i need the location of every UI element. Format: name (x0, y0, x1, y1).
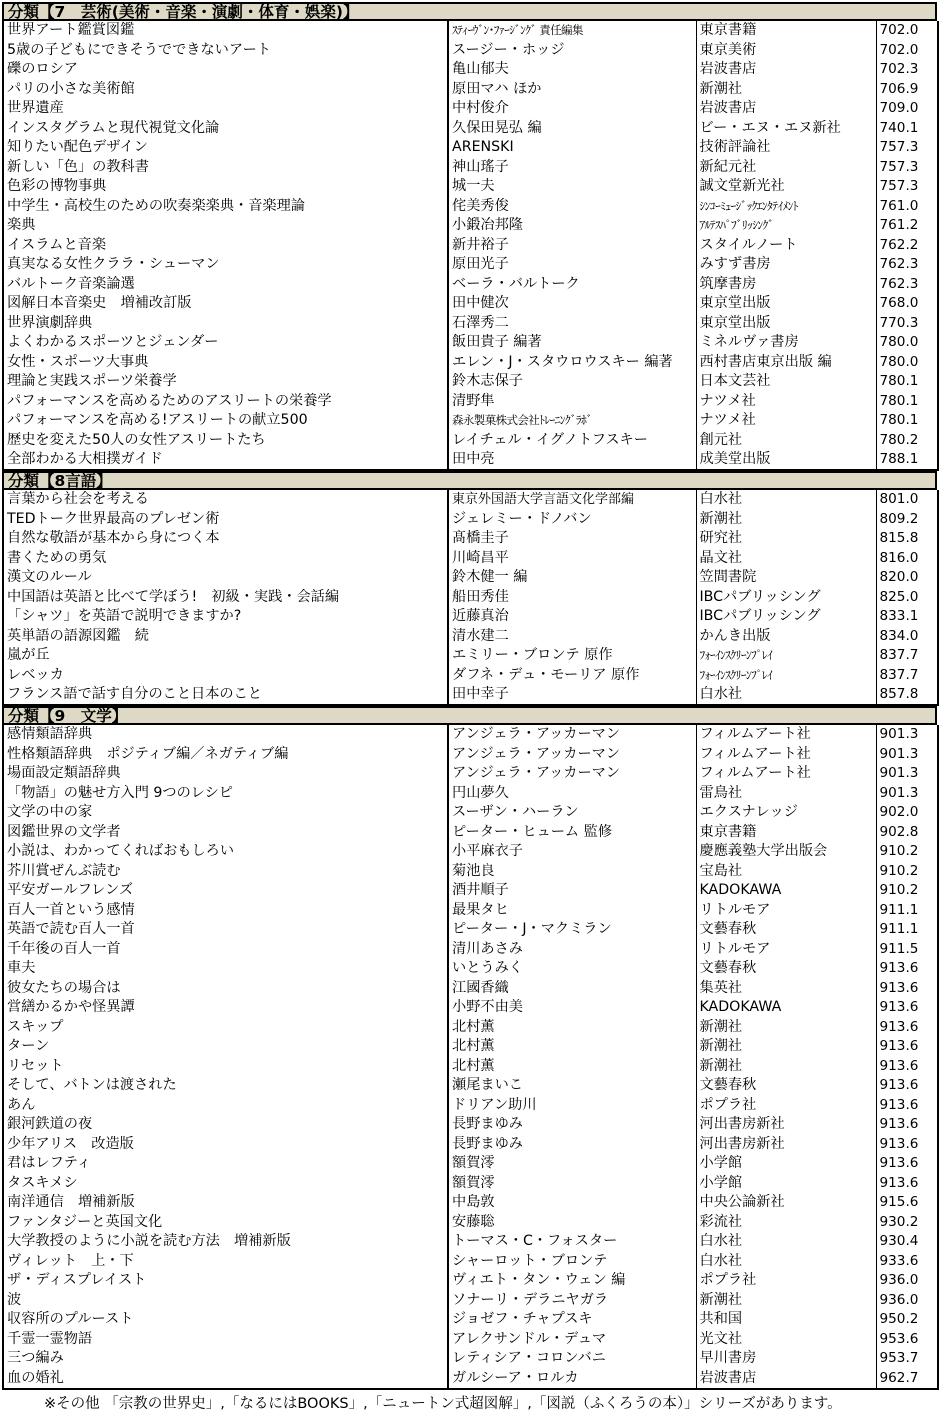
table-row: 女性・スポーツ大事典エレン・J・スタウロウスキー 編著西村書店東京出版 編780… (3, 353, 938, 373)
book-title-cell: 中国語は英語と比べて学ぼう! 初級・実践・会話編 (3, 588, 448, 608)
publisher-cell: ﾌｫｰｲﾝｽｸﾘｰﾝﾌﾟﾚｲ (696, 646, 876, 666)
table-row: 平安ガールフレンズ酒井順子KADOKAWA910.2 (3, 881, 938, 901)
table-row: 楽典小鍛冶邦隆ｱﾙﾃｽﾊﾟﾌﾞﾘｯｼﾝｸﾞ761.2 (3, 216, 938, 236)
author-cell: 小鍛冶邦隆 (448, 216, 696, 236)
table-row: 自然な敬語が基本から身につく本髙橋圭子研究社815.8 (3, 529, 938, 549)
publisher-cell: 日本文芸社 (696, 372, 876, 392)
author-cell: ジェレミー・ドノバン (448, 510, 696, 530)
book-title-cell: 収容所のプルースト (3, 1310, 448, 1330)
ndc-number-cell: 936.0 (876, 1271, 938, 1291)
author-cell: 額賀澪 (448, 1174, 696, 1194)
author-cell: ダフネ・デュ・モーリア 原作 (448, 666, 696, 686)
author-cell: アンジェラ・アッカーマン (448, 764, 696, 784)
table-row: よくわかるスポーツとジェンダー飯田貴子 編著ミネルヴァ書房780.0 (3, 333, 938, 353)
table-row: 歴史を変えた50人の女性アスリートたちレイチェル・イグノトフスキー創元社780.… (3, 431, 938, 451)
table-row: 車夫いとうみく文藝春秋913.6 (3, 959, 938, 979)
author-cell: 川崎昌平 (448, 549, 696, 569)
author-cell: トーマス・C・フォスター (448, 1232, 696, 1252)
book-title-cell: 「物語」の魅せ方入門 9つのレシピ (3, 784, 448, 804)
ndc-number-cell: 801.0 (876, 490, 938, 510)
ndc-number-cell: 913.6 (876, 998, 938, 1018)
table-row: 中学生・高校生のための吹奏楽楽典・音楽理論侘美秀俊ｼﾝｺｰﾐｭｰｼﾞｯｸｴﾝﾀﾃ… (3, 197, 938, 217)
table-row: 営繕かるかや怪異譚小野不由美KADOKAWA913.6 (3, 998, 938, 1018)
table-row: 千霊一霊物語アレクサンドル・デュマ光文社953.6 (3, 1330, 938, 1350)
book-title-cell: 千霊一霊物語 (3, 1330, 448, 1350)
ndc-number-cell: 913.6 (876, 1174, 938, 1194)
publisher-cell: 文藝春秋 (696, 959, 876, 979)
book-title-cell: 色彩の博物事典 (3, 177, 448, 197)
publisher-cell: ポプラ社 (696, 1096, 876, 1116)
publisher-cell: 小学館 (696, 1174, 876, 1194)
ndc-number-cell: 788.1 (876, 450, 938, 470)
book-title-cell: 言葉から社会を考える (3, 490, 448, 510)
author-cell: 瀬尾まいこ (448, 1076, 696, 1096)
author-cell: 小野不由美 (448, 998, 696, 1018)
section-table: 感情類語辞典アンジェラ・アッカーマンフィルムアート社901.3性格類語辞典 ポジ… (2, 725, 939, 1390)
author-cell: 森永製菓株式会社ﾄﾚｰﾆﾝｸﾞﾗﾎﾞ (448, 411, 696, 431)
author-cell: 髙橋圭子 (448, 529, 696, 549)
publisher-cell: 宝島社 (696, 862, 876, 882)
table-row: 「シャツ」を英語で説明できますか?近藤真治IBCパブリッシング833.1 (3, 607, 938, 627)
publisher-cell: 晶文社 (696, 549, 876, 569)
book-title-cell: 平安ガールフレンズ (3, 881, 448, 901)
author-cell: 神山瑤子 (448, 158, 696, 178)
table-row: 千年後の百人一首清川あさみリトルモア911.5 (3, 940, 938, 960)
author-cell: 清川あさみ (448, 940, 696, 960)
ndc-number-cell: 768.0 (876, 294, 938, 314)
author-cell: 久保田晃弘 編 (448, 119, 696, 139)
publisher-cell: ポプラ社 (696, 1271, 876, 1291)
author-cell: エレン・J・スタウロウスキー 編著 (448, 353, 696, 373)
ndc-number-cell: 857.8 (876, 685, 938, 705)
table-row: 収容所のプルーストジョゼフ・チャプスキ共和国950.2 (3, 1310, 938, 1330)
ndc-number-cell: 933.6 (876, 1252, 938, 1272)
publisher-cell: 白水社 (696, 1252, 876, 1272)
table-row: 新しい「色」の教科書神山瑤子新紀元社757.3 (3, 158, 938, 178)
ndc-number-cell: 706.9 (876, 80, 938, 100)
book-title-cell: TEDトーク世界最高のプレゼン術 (3, 510, 448, 530)
publisher-cell: 小学館 (696, 1154, 876, 1174)
ndc-number-cell: 757.3 (876, 177, 938, 197)
author-cell: 田中亮 (448, 450, 696, 470)
table-row: 理論と実践スポーツ栄養学鈴木志保子日本文芸社780.1 (3, 372, 938, 392)
table-row: ターン北村薫新潮社913.6 (3, 1037, 938, 1057)
publisher-cell: 河出書房新社 (696, 1115, 876, 1135)
ndc-number-cell: 950.2 (876, 1310, 938, 1330)
ndc-number-cell: 962.7 (876, 1369, 938, 1389)
table-row: あんドリアン助川ポプラ社913.6 (3, 1096, 938, 1116)
book-title-cell: 自然な敬語が基本から身につく本 (3, 529, 448, 549)
author-cell: 清水建二 (448, 627, 696, 647)
table-row: 少年アリス 改造版長野まゆみ河出書房新社913.6 (3, 1135, 938, 1155)
book-title-cell: タスキメシ (3, 1174, 448, 1194)
publisher-cell: スタイルノート (696, 236, 876, 256)
ndc-number-cell: 809.2 (876, 510, 938, 530)
table-row: 言葉から社会を考える東京外国語大学言語文化学部編白水社801.0 (3, 490, 938, 510)
author-cell: エミリー・ブロンテ 原作 (448, 646, 696, 666)
author-cell: 最果タヒ (448, 901, 696, 921)
table-row: タスキメシ額賀澪小学館913.6 (3, 1174, 938, 1194)
author-cell: スーザン・ハーラン (448, 803, 696, 823)
author-cell: 北村薫 (448, 1057, 696, 1077)
ndc-number-cell: 709.0 (876, 99, 938, 119)
author-cell: 中村俊介 (448, 99, 696, 119)
table-row: スキップ北村薫新潮社913.6 (3, 1018, 938, 1038)
ndc-number-cell: 833.1 (876, 607, 938, 627)
table-row: 色彩の博物事典城一夫誠文堂新光社757.3 (3, 177, 938, 197)
author-cell: シャーロット・ブロンテ (448, 1252, 696, 1272)
table-row: 「物語」の魅せ方入門 9つのレシピ円山夢久雷鳥社901.3 (3, 784, 938, 804)
book-title-cell: 大学教授のように小説を読む方法 増補新版 (3, 1232, 448, 1252)
publisher-cell: フィルムアート社 (696, 764, 876, 784)
table-row: 礫のロシア亀山郁夫岩波書店702.3 (3, 60, 938, 80)
author-cell: 額賀澪 (448, 1154, 696, 1174)
author-cell: レティシア・コロンバニ (448, 1349, 696, 1369)
publisher-cell: かんき出版 (696, 627, 876, 647)
author-cell: 船田秀佳 (448, 588, 696, 608)
publisher-cell: 研究社 (696, 529, 876, 549)
author-cell: 安藤聡 (448, 1213, 696, 1233)
author-cell: アレクサンドル・デュマ (448, 1330, 696, 1350)
author-cell: 清野隼 (448, 392, 696, 412)
ndc-number-cell: 762.2 (876, 236, 938, 256)
footer-note: ※その他 「宗教の世界史」,「なるにはBOOKS」,「ニュートン式超図解」,「図… (44, 1392, 842, 1413)
publisher-cell: 新潮社 (696, 1057, 876, 1077)
publisher-cell: 集英社 (696, 979, 876, 999)
ndc-number-cell: 930.2 (876, 1213, 938, 1233)
publisher-cell: ナツメ社 (696, 392, 876, 412)
book-title-cell: 嵐が丘 (3, 646, 448, 666)
publisher-cell: ナツメ社 (696, 411, 876, 431)
ndc-number-cell: 702.0 (876, 41, 938, 61)
ndc-number-cell: 740.1 (876, 119, 938, 139)
ndc-number-cell: 911.1 (876, 920, 938, 940)
book-title-cell: あん (3, 1096, 448, 1116)
publisher-cell: フィルムアート社 (696, 725, 876, 745)
book-title-cell: リセット (3, 1057, 448, 1077)
ndc-number-cell: 901.3 (876, 784, 938, 804)
publisher-cell: 成美堂出版 (696, 450, 876, 470)
publisher-cell: 新潮社 (696, 1291, 876, 1311)
author-cell: 田中幸子 (448, 685, 696, 705)
table-row: 世界遺産中村俊介岩波書店709.0 (3, 99, 938, 119)
ndc-number-cell: 930.4 (876, 1232, 938, 1252)
table-row: 英単語の語源図鑑 続清水建二かんき出版834.0 (3, 627, 938, 647)
book-title-cell: ザ・ディスプレイスト (3, 1271, 448, 1291)
publisher-cell: 筑摩書房 (696, 275, 876, 295)
author-cell: ピーター・J・マクミラン (448, 920, 696, 940)
ndc-number-cell: 910.2 (876, 881, 938, 901)
author-cell: 侘美秀俊 (448, 197, 696, 217)
table-row: 真実なる女性クララ・シューマン原田光子みすず書房762.3 (3, 255, 938, 275)
ndc-number-cell: 815.8 (876, 529, 938, 549)
book-title-cell: 図鑑世界の文学者 (3, 823, 448, 843)
publisher-cell: 新潮社 (696, 1018, 876, 1038)
book-title-cell: レベッカ (3, 666, 448, 686)
book-title-cell: 世界アート鑑賞図鑑 (3, 21, 448, 41)
ndc-number-cell: 913.6 (876, 1037, 938, 1057)
book-title-cell: 書くための勇気 (3, 549, 448, 569)
book-title-cell: 5歳の子どもにできそうでできないアート (3, 41, 448, 61)
table-row: ザ・ディスプレイストヴィエト・タン・ウェン 編ポプラ社936.0 (3, 1271, 938, 1291)
book-title-cell: 礫のロシア (3, 60, 448, 80)
author-cell: ジョゼフ・チャプスキ (448, 1310, 696, 1330)
publisher-cell: ビー・エヌ・エヌ新社 (696, 119, 876, 139)
book-title-cell: 「シャツ」を英語で説明できますか? (3, 607, 448, 627)
table-row: TEDトーク世界最高のプレゼン術ジェレミー・ドノバン新潮社809.2 (3, 510, 938, 530)
table-row: レベッカダフネ・デュ・モーリア 原作ﾌｫｰｲﾝｽｸﾘｰﾝﾌﾟﾚｲ837.7 (3, 666, 938, 686)
publisher-cell: 東京書籍 (696, 823, 876, 843)
ndc-number-cell: 911.5 (876, 940, 938, 960)
table-row: 全部わかる大相撲ガイド田中亮成美堂出版788.1 (3, 450, 938, 470)
table-row: 世界アート鑑賞図鑑ｽﾃｨｰｳﾞﾝ･ﾌｧｰｼﾞﾝｸﾞ 責任編集東京書籍702.0 (3, 21, 938, 41)
book-title-cell: 車夫 (3, 959, 448, 979)
author-cell: 鈴木志保子 (448, 372, 696, 392)
author-cell: 菊池良 (448, 862, 696, 882)
book-title-cell: 英単語の語源図鑑 続 (3, 627, 448, 647)
author-cell: レイチェル・イグノトフスキー (448, 431, 696, 451)
ndc-number-cell: 780.2 (876, 431, 938, 451)
author-cell: 原田マハ ほか (448, 80, 696, 100)
table-row: 図鑑世界の文学者ピーター・ヒューム 監修東京書籍902.8 (3, 823, 938, 843)
author-cell: 北村薫 (448, 1037, 696, 1057)
publisher-cell: 新潮社 (696, 80, 876, 100)
author-cell: ソナーリ・デラニヤガラ (448, 1291, 696, 1311)
book-title-cell: 南洋通信 増補新版 (3, 1193, 448, 1213)
author-cell: 長野まゆみ (448, 1115, 696, 1135)
table-row: 中国語は英語と比べて学ぼう! 初級・実践・会話編船田秀佳IBCパブリッシング82… (3, 588, 938, 608)
book-title-cell: 銀河鉄道の夜 (3, 1115, 448, 1135)
book-title-cell: 性格類語辞典 ポジティブ編／ネガティブ編 (3, 745, 448, 765)
ndc-number-cell: 780.0 (876, 353, 938, 373)
ndc-number-cell: 757.3 (876, 158, 938, 178)
publisher-cell: ｼﾝｺｰﾐｭｰｼﾞｯｸｴﾝﾀﾃｲﾒﾝﾄ (696, 197, 876, 217)
ndc-number-cell: 837.7 (876, 666, 938, 686)
section-header: 分類【7 芸術(美術・音楽・演劇・体育・娯楽)】 (2, 2, 937, 21)
author-cell: 新井裕子 (448, 236, 696, 256)
table-row: 波ソナーリ・デラニヤガラ新潮社936.0 (3, 1291, 938, 1311)
ndc-number-cell: 762.3 (876, 275, 938, 295)
author-cell: ドリアン助川 (448, 1096, 696, 1116)
author-cell: 円山夢久 (448, 784, 696, 804)
book-title-cell: イスラムと音楽 (3, 236, 448, 256)
book-title-cell: ヴィレット 上・下 (3, 1252, 448, 1272)
table-row: フランス語で話す自分のこと日本のこと田中幸子白水社857.8 (3, 685, 938, 705)
ndc-number-cell: 816.0 (876, 549, 938, 569)
ndc-number-cell: 762.3 (876, 255, 938, 275)
table-row: 書くための勇気川崎昌平晶文社816.0 (3, 549, 938, 569)
table-row: ヴィレット 上・下シャーロット・ブロンテ白水社933.6 (3, 1252, 938, 1272)
publisher-cell: ｱﾙﾃｽﾊﾟﾌﾞﾘｯｼﾝｸﾞ (696, 216, 876, 236)
book-title-cell: 歴史を変えた50人の女性アスリートたち (3, 431, 448, 451)
book-title-cell: 彼女たちの場合は (3, 979, 448, 999)
author-cell: 小平麻衣子 (448, 842, 696, 862)
table-row: 世界演劇辞典石澤秀二東京堂出版770.3 (3, 314, 938, 334)
publisher-cell: 東京書籍 (696, 21, 876, 41)
ndc-number-cell: 837.7 (876, 646, 938, 666)
author-cell: 石澤秀二 (448, 314, 696, 334)
ndc-number-cell: 702.3 (876, 60, 938, 80)
book-title-cell: スキップ (3, 1018, 448, 1038)
author-cell: ガルシーア・ロルカ (448, 1369, 696, 1389)
publisher-cell: 共和国 (696, 1310, 876, 1330)
publisher-cell: リトルモア (696, 901, 876, 921)
publisher-cell: リトルモア (696, 940, 876, 960)
table-row: 文学の中の家スーザン・ハーランエクスナレッジ902.0 (3, 803, 938, 823)
section-table: 言葉から社会を考える東京外国語大学言語文化学部編白水社801.0TEDトーク世界… (2, 490, 939, 706)
table-row: 英語で読む百人一首ピーター・J・マクミラン文藝春秋911.1 (3, 920, 938, 940)
ndc-number-cell: 901.3 (876, 764, 938, 784)
table-row: インスタグラムと現代視覚文化論久保田晃弘 編ビー・エヌ・エヌ新社740.1 (3, 119, 938, 139)
publisher-cell: エクスナレッジ (696, 803, 876, 823)
ndc-number-cell: 953.6 (876, 1330, 938, 1350)
publisher-cell: 慶應義塾大学出版会 (696, 842, 876, 862)
author-cell: ｽﾃｨｰｳﾞﾝ･ﾌｧｰｼﾞﾝｸﾞ 責任編集 (448, 21, 696, 41)
book-title-cell: 感情類語辞典 (3, 725, 448, 745)
table-row: バルトーク音楽論選ベーラ・バルトーク筑摩書房762.3 (3, 275, 938, 295)
ndc-number-cell: 913.6 (876, 1135, 938, 1155)
book-title-cell: 理論と実践スポーツ栄養学 (3, 372, 448, 392)
book-title-cell: よくわかるスポーツとジェンダー (3, 333, 448, 353)
book-title-cell: 真実なる女性クララ・シューマン (3, 255, 448, 275)
author-cell: 田中健次 (448, 294, 696, 314)
book-title-cell: そして、バトンは渡された (3, 1076, 448, 1096)
publisher-cell: 早川書房 (696, 1349, 876, 1369)
publisher-cell: 岩波書店 (696, 1369, 876, 1389)
publisher-cell: 白水社 (696, 490, 876, 510)
table-row: パリの小さな美術館原田マハ ほか新潮社706.9 (3, 80, 938, 100)
book-title-cell: 英語で読む百人一首 (3, 920, 448, 940)
ndc-number-cell: 757.3 (876, 138, 938, 158)
ndc-number-cell: 910.2 (876, 862, 938, 882)
table-row: 芥川賞ぜんぶ読む菊池良宝島社910.2 (3, 862, 938, 882)
publisher-cell: IBCパブリッシング (696, 607, 876, 627)
table-row: 知りたい配色デザインARENSKI技術評論社757.3 (3, 138, 938, 158)
book-title-cell: 図解日本音楽史 増補改訂版 (3, 294, 448, 314)
book-title-cell: 波 (3, 1291, 448, 1311)
section-header: 分類【8言語】 (2, 471, 937, 490)
book-title-cell: 千年後の百人一首 (3, 940, 448, 960)
book-title-cell: バルトーク音楽論選 (3, 275, 448, 295)
publisher-cell: 白水社 (696, 685, 876, 705)
book-title-cell: 中学生・高校生のための吹奏楽楽典・音楽理論 (3, 197, 448, 217)
author-cell: いとうみく (448, 959, 696, 979)
author-cell: 亀山郁夫 (448, 60, 696, 80)
book-title-cell: インスタグラムと現代視覚文化論 (3, 119, 448, 139)
publisher-cell: 新紀元社 (696, 158, 876, 178)
table-row: パフォーマンスを高める!アスリートの献立500森永製菓株式会社ﾄﾚｰﾆﾝｸﾞﾗﾎ… (3, 411, 938, 431)
book-title-cell: 全部わかる大相撲ガイド (3, 450, 448, 470)
publisher-cell: 新潮社 (696, 1037, 876, 1057)
table-row: そして、バトンは渡された瀬尾まいこ文藝春秋913.6 (3, 1076, 938, 1096)
publisher-cell: 文藝春秋 (696, 1076, 876, 1096)
table-row: 血の婚礼ガルシーア・ロルカ岩波書店962.7 (3, 1369, 938, 1389)
author-cell: 鈴木健一 編 (448, 568, 696, 588)
section-table: 世界アート鑑賞図鑑ｽﾃｨｰｳﾞﾝ･ﾌｧｰｼﾞﾝｸﾞ 責任編集東京書籍702.05… (2, 21, 939, 471)
ndc-number-cell: 761.2 (876, 216, 938, 236)
table-row: 君はレフティ額賀澪小学館913.6 (3, 1154, 938, 1174)
publisher-cell: 笠間書院 (696, 568, 876, 588)
ndc-number-cell: 911.1 (876, 901, 938, 921)
ndc-number-cell: 953.7 (876, 1349, 938, 1369)
ndc-number-cell: 901.3 (876, 745, 938, 765)
ndc-number-cell: 780.1 (876, 392, 938, 412)
book-title-cell: 血の婚礼 (3, 1369, 448, 1389)
book-title-cell: 新しい「色」の教科書 (3, 158, 448, 178)
table-row: 大学教授のように小説を読む方法 増補新版トーマス・C・フォスター白水社930.4 (3, 1232, 938, 1252)
book-title-cell: 文学の中の家 (3, 803, 448, 823)
ndc-number-cell: 913.6 (876, 1154, 938, 1174)
publisher-cell: 東京堂出版 (696, 314, 876, 334)
ndc-number-cell: 780.1 (876, 372, 938, 392)
book-title-cell: 芥川賞ぜんぶ読む (3, 862, 448, 882)
ndc-number-cell: 936.0 (876, 1291, 938, 1311)
book-title-cell: パフォーマンスを高める!アスリートの献立500 (3, 411, 448, 431)
author-cell: 近藤真治 (448, 607, 696, 627)
ndc-number-cell: 913.6 (876, 959, 938, 979)
book-title-cell: 漢文のルール (3, 568, 448, 588)
book-title-cell: 場面設定類語辞典 (3, 764, 448, 784)
table-row: 嵐が丘エミリー・ブロンテ 原作ﾌｫｰｲﾝｽｸﾘｰﾝﾌﾟﾚｲ837.7 (3, 646, 938, 666)
table-row: 小説は、わかってくればおもしろい小平麻衣子慶應義塾大学出版会910.2 (3, 842, 938, 862)
ndc-number-cell: 913.6 (876, 1096, 938, 1116)
table-row: 5歳の子どもにできそうでできないアートスージー・ホッジ東京美術702.0 (3, 41, 938, 61)
book-title-cell: フランス語で話す自分のこと日本のこと (3, 685, 448, 705)
publisher-cell: 岩波書店 (696, 99, 876, 119)
table-row: パフォーマンスを高めるためのアスリートの栄養学清野隼ナツメ社780.1 (3, 392, 938, 412)
book-title-cell: 営繕かるかや怪異譚 (3, 998, 448, 1018)
book-title-cell: 百人一首という感情 (3, 901, 448, 921)
publisher-cell: 技術評論社 (696, 138, 876, 158)
ndc-number-cell: 913.6 (876, 979, 938, 999)
ndc-number-cell: 902.0 (876, 803, 938, 823)
publisher-cell: 彩流社 (696, 1213, 876, 1233)
book-title-cell: 女性・スポーツ大事典 (3, 353, 448, 373)
book-title-cell: 三つ編み (3, 1349, 448, 1369)
table-row: 性格類語辞典 ポジティブ編／ネガティブ編アンジェラ・アッカーマンフィルムアート社… (3, 745, 938, 765)
publisher-cell: 光文社 (696, 1330, 876, 1350)
book-title-cell: パフォーマンスを高めるためのアスリートの栄養学 (3, 392, 448, 412)
publisher-cell: 河出書房新社 (696, 1135, 876, 1155)
author-cell: 原田光子 (448, 255, 696, 275)
table-row: 彼女たちの場合は江國香織集英社913.6 (3, 979, 938, 999)
author-cell: 飯田貴子 編著 (448, 333, 696, 353)
ndc-number-cell: 770.3 (876, 314, 938, 334)
table-row: 百人一首という感情最果タヒリトルモア911.1 (3, 901, 938, 921)
ndc-number-cell: 834.0 (876, 627, 938, 647)
publisher-cell: 創元社 (696, 431, 876, 451)
table-row: イスラムと音楽新井裕子スタイルノート762.2 (3, 236, 938, 256)
ndc-number-cell: 702.0 (876, 21, 938, 41)
publisher-cell: KADOKAWA (696, 881, 876, 901)
author-cell: 北村薫 (448, 1018, 696, 1038)
table-row: 三つ編みレティシア・コロンバニ早川書房953.7 (3, 1349, 938, 1369)
author-cell: スージー・ホッジ (448, 41, 696, 61)
ndc-number-cell: 913.6 (876, 1115, 938, 1135)
table-row: 銀河鉄道の夜長野まゆみ河出書房新社913.6 (3, 1115, 938, 1135)
book-title-cell: ターン (3, 1037, 448, 1057)
book-title-cell: 世界遺産 (3, 99, 448, 119)
table-row: リセット北村薫新潮社913.6 (3, 1057, 938, 1077)
author-cell: 長野まゆみ (448, 1135, 696, 1155)
book-list-sheet: 分類【7 芸術(美術・音楽・演劇・体育・娯楽)】世界アート鑑賞図鑑ｽﾃｨｰｳﾞﾝ… (2, 2, 937, 1390)
publisher-cell: 新潮社 (696, 510, 876, 530)
publisher-cell: みすず書房 (696, 255, 876, 275)
book-title-cell: パリの小さな美術館 (3, 80, 448, 100)
publisher-cell: ミネルヴァ書房 (696, 333, 876, 353)
publisher-cell: 東京堂出版 (696, 294, 876, 314)
ndc-number-cell: 910.2 (876, 842, 938, 862)
